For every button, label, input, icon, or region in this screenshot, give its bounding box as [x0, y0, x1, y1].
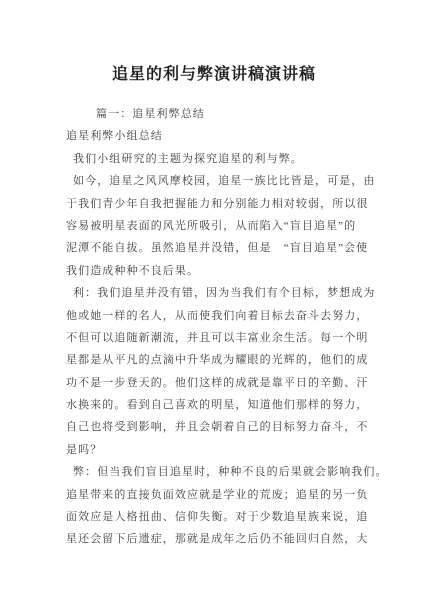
- text-line: 是吗？: [66, 439, 368, 461]
- text-line: 弊：但当我们盲目追星时，种种不良的后果就会影响我们。: [66, 461, 368, 483]
- text-line: 利：我们追星并没有错，因为当我们有个目标，梦想成为: [66, 282, 368, 304]
- text-line: 功不是一步登天的。他们这样的成就是靠平日的辛勤、汗: [66, 372, 368, 394]
- text-line: 追星带来的直接负面效应就是学业的荒废；追星的另一负: [66, 484, 368, 506]
- text-line: 我们小组研究的主题为探究追星的利与弊。: [66, 148, 368, 170]
- text-line: 不但可以追随新潮流，并且可以丰富业余生活。每一个明: [66, 327, 368, 349]
- text-line: 星都是从平凡的点滴中升华成为耀眼的光辉的，他们的成: [66, 349, 368, 371]
- text-line: 容易被明星表面的风光所吸引，从而陷入“盲目追星”的: [66, 215, 368, 237]
- text-line: 星还会留下后遗症，那就是成年之后仍不能回归自然，大: [66, 528, 368, 550]
- text-line: 篇一：追星利弊总结: [66, 103, 368, 125]
- text-line: 我们造成种种不良后果。: [66, 260, 368, 282]
- text-line: 泥潭不能自拔。虽然追星并没错，但是 “盲目追星”会使: [66, 237, 368, 259]
- document-title: 追星的利与弊演讲稿演讲稿: [66, 64, 362, 86]
- text-line: 自己也将受到影响，并且会朝着自己的目标努力奋斗，不: [66, 416, 368, 438]
- text-line: 如今，追星之风风摩校园，追星一族比比皆是，可是，由: [66, 170, 368, 192]
- text-line: 追星利弊小组总结: [66, 125, 368, 147]
- document-page: 追星的利与弊演讲稿演讲稿 篇一：追星利弊总结追星利弊小组总结我们小组研究的主题为…: [0, 0, 423, 600]
- text-line: 他或她一样的名人，从而使我们向着目标去奋斗去努力，: [66, 305, 368, 327]
- text-line: 水换来的。看到自己喜欢的明星，知道他们那样的努力，: [66, 394, 368, 416]
- text-line: 于我们青少年自我把握能力和分别能力相对较弱，所以很: [66, 193, 368, 215]
- document-body: 篇一：追星利弊总结追星利弊小组总结我们小组研究的主题为探究追星的利与弊。如今，追…: [66, 103, 368, 551]
- text-line: 面效应是人格扭曲、信仰失衡。对于少数追星族来说，追: [66, 506, 368, 528]
